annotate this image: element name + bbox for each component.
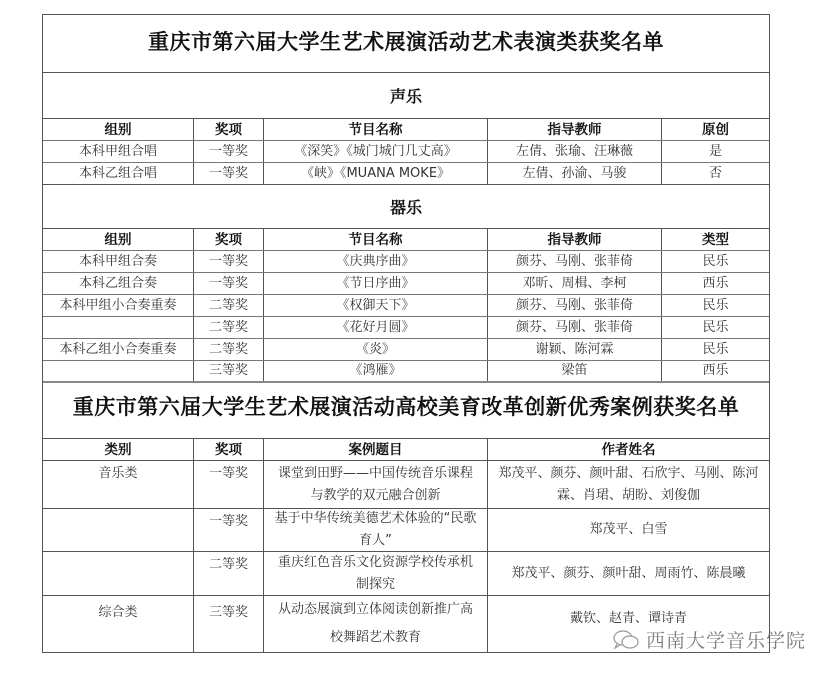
group-cell: 本科甲组合唱 (43, 141, 194, 162)
teachers-cell: 颜芬、马刚、张菲倚 (488, 295, 662, 316)
type-cell: 民乐 (662, 317, 769, 338)
group-cell: 本科乙组合唱 (43, 163, 194, 184)
header-group: 组别 (43, 229, 194, 250)
award-cell: 二等奖 (194, 339, 264, 360)
award-cell: 一等奖 (194, 141, 264, 162)
watermark-text: 西南大学音乐学院 (646, 626, 806, 653)
program-cell: 《庆典序曲》 (264, 251, 488, 272)
original-cell: 否 (662, 163, 769, 184)
section-title-instrumental: 器乐 (43, 185, 769, 229)
type-cell: 西乐 (662, 273, 769, 294)
award-cell: 一等奖 (194, 461, 264, 508)
program-cell: 《花好月圆》 (264, 317, 488, 338)
group-cell: 本科甲组合奏 (43, 251, 194, 272)
award-cell: 二等奖 (194, 552, 264, 595)
table-row: 本科乙组合唱 一等奖 《峡》《MUANA MOKE》 左倩、孙渝、马骏 否 (43, 163, 769, 185)
group-cell: 本科乙组小合奏重奏 (43, 339, 194, 360)
table-row: 本科乙组小合奏重奏 二等奖 《炎》 谢颖、陈河霖 民乐 (43, 339, 769, 361)
header-program: 节目名称 (264, 229, 488, 250)
case-title-cell: 基于中华传统美德艺术体验的“民歌育人” (264, 509, 488, 551)
group-cell: 本科甲组小合奏重奏 (43, 295, 194, 316)
program-cell: 《炎》 (264, 339, 488, 360)
teachers-cell: 梁笛 (488, 361, 662, 381)
category-cell (43, 509, 194, 551)
section-title-vocal: 声乐 (43, 73, 769, 119)
award-cell: 一等奖 (194, 163, 264, 184)
table-row: 一等奖 基于中华传统美德艺术体验的“民歌育人” 郑茂平、白雪 (43, 509, 769, 552)
table-row: 二等奖 重庆红色音乐文化资源学校传承机制探究 郑茂平、颜芬、颜叶甜、周雨竹、陈晨… (43, 552, 769, 596)
table-row: 本科乙组合奏 一等奖 《节日序曲》 邓昕、周楫、李柯 西乐 (43, 273, 769, 295)
program-cell: 《峡》《MUANA MOKE》 (264, 163, 488, 184)
table-row: 本科甲组合奏 一等奖 《庆典序曲》 颜芬、马刚、张菲倚 民乐 (43, 251, 769, 273)
watermark: 西南大学音乐学院 (612, 626, 806, 653)
wechat-icon (612, 629, 640, 651)
header-award: 奖项 (194, 229, 264, 250)
case-title-cell: 重庆红色音乐文化资源学校传承机制探究 (264, 552, 488, 595)
program-cell: 《鸿雁》 (264, 361, 488, 381)
instrumental-table-header: 组别 奖项 节目名称 指导教师 类型 (43, 229, 769, 251)
header-teachers: 指导教师 (488, 229, 662, 250)
award-cell: 一等奖 (194, 251, 264, 272)
table-row: 本科甲组合唱 一等奖 《深笑》《城门城门几丈高》 左倩、张瑜、汪琳薇 是 (43, 141, 769, 163)
second-title: 重庆市第六届大学生艺术展演活动高校美育改革创新优秀案例获奖名单 (43, 383, 769, 439)
header-award: 奖项 (194, 119, 264, 140)
authors-cell: 郑茂平、颜芬、颜叶甜、周雨竹、陈晨曦 (488, 552, 769, 595)
header-original: 原创 (662, 119, 769, 140)
case-title-cell: 从动态展演到立体阅读创新推广高校舞蹈艺术教育 (264, 596, 488, 652)
authors-cell: 郑茂平、颜芬、颜叶甜、石欣宇、马刚、陈河霖、肖珺、胡盼、刘俊伽 (488, 461, 769, 508)
award-list-document: 重庆市第六届大学生艺术展演活动艺术表演类获奖名单 声乐 组别 奖项 节目名称 指… (42, 14, 770, 653)
header-type: 类型 (662, 229, 769, 250)
teachers-cell: 左倩、孙渝、马骏 (488, 163, 662, 184)
category-cell (43, 552, 194, 595)
category-cell: 音乐类 (43, 461, 194, 508)
vocal-table-header: 组别 奖项 节目名称 指导教师 原创 (43, 119, 769, 141)
type-cell: 民乐 (662, 251, 769, 272)
teachers-cell: 谢颖、陈河霖 (488, 339, 662, 360)
award-cell: 三等奖 (194, 361, 264, 381)
teachers-cell: 颜芬、马刚、张菲倚 (488, 251, 662, 272)
group-cell (43, 317, 194, 338)
group-cell: 本科乙组合奏 (43, 273, 194, 294)
table-row: 音乐类 一等奖 课堂到田野——中国传统音乐课程与教学的双元融合创新 郑茂平、颜芬… (43, 461, 769, 509)
award-cell: 一等奖 (194, 509, 264, 551)
award-cell: 二等奖 (194, 317, 264, 338)
group-cell (43, 361, 194, 381)
header-group: 组别 (43, 119, 194, 140)
program-cell: 《权御天下》 (264, 295, 488, 316)
header-category: 类别 (43, 439, 194, 460)
case-title-cell: 课堂到田野——中国传统音乐课程与教学的双元融合创新 (264, 461, 488, 508)
type-cell: 民乐 (662, 295, 769, 316)
program-cell: 《深笑》《城门城门几丈高》 (264, 141, 488, 162)
authors-cell: 郑茂平、白雪 (488, 509, 769, 551)
category-cell: 综合类 (43, 596, 194, 652)
award-cell: 一等奖 (194, 273, 264, 294)
table-row: 三等奖 《鸿雁》 梁笛 西乐 (43, 361, 769, 383)
header-authors: 作者姓名 (488, 439, 769, 460)
teachers-cell: 邓昕、周楫、李柯 (488, 273, 662, 294)
teachers-cell: 颜芬、马刚、张菲倚 (488, 317, 662, 338)
header-program: 节目名称 (264, 119, 488, 140)
original-cell: 是 (662, 141, 769, 162)
table-row: 本科甲组小合奏重奏 二等奖 《权御天下》 颜芬、马刚、张菲倚 民乐 (43, 295, 769, 317)
header-case-title: 案例题目 (264, 439, 488, 460)
award-cell: 二等奖 (194, 295, 264, 316)
type-cell: 西乐 (662, 361, 769, 381)
cases-table-header: 类别 奖项 案例题目 作者姓名 (43, 439, 769, 461)
award-cell: 三等奖 (194, 596, 264, 652)
header-teachers: 指导教师 (488, 119, 662, 140)
program-cell: 《节日序曲》 (264, 273, 488, 294)
table-row: 二等奖 《花好月圆》 颜芬、马刚、张菲倚 民乐 (43, 317, 769, 339)
main-title: 重庆市第六届大学生艺术展演活动艺术表演类获奖名单 (43, 15, 769, 73)
teachers-cell: 左倩、张瑜、汪琳薇 (488, 141, 662, 162)
type-cell: 民乐 (662, 339, 769, 360)
header-award: 奖项 (194, 439, 264, 460)
